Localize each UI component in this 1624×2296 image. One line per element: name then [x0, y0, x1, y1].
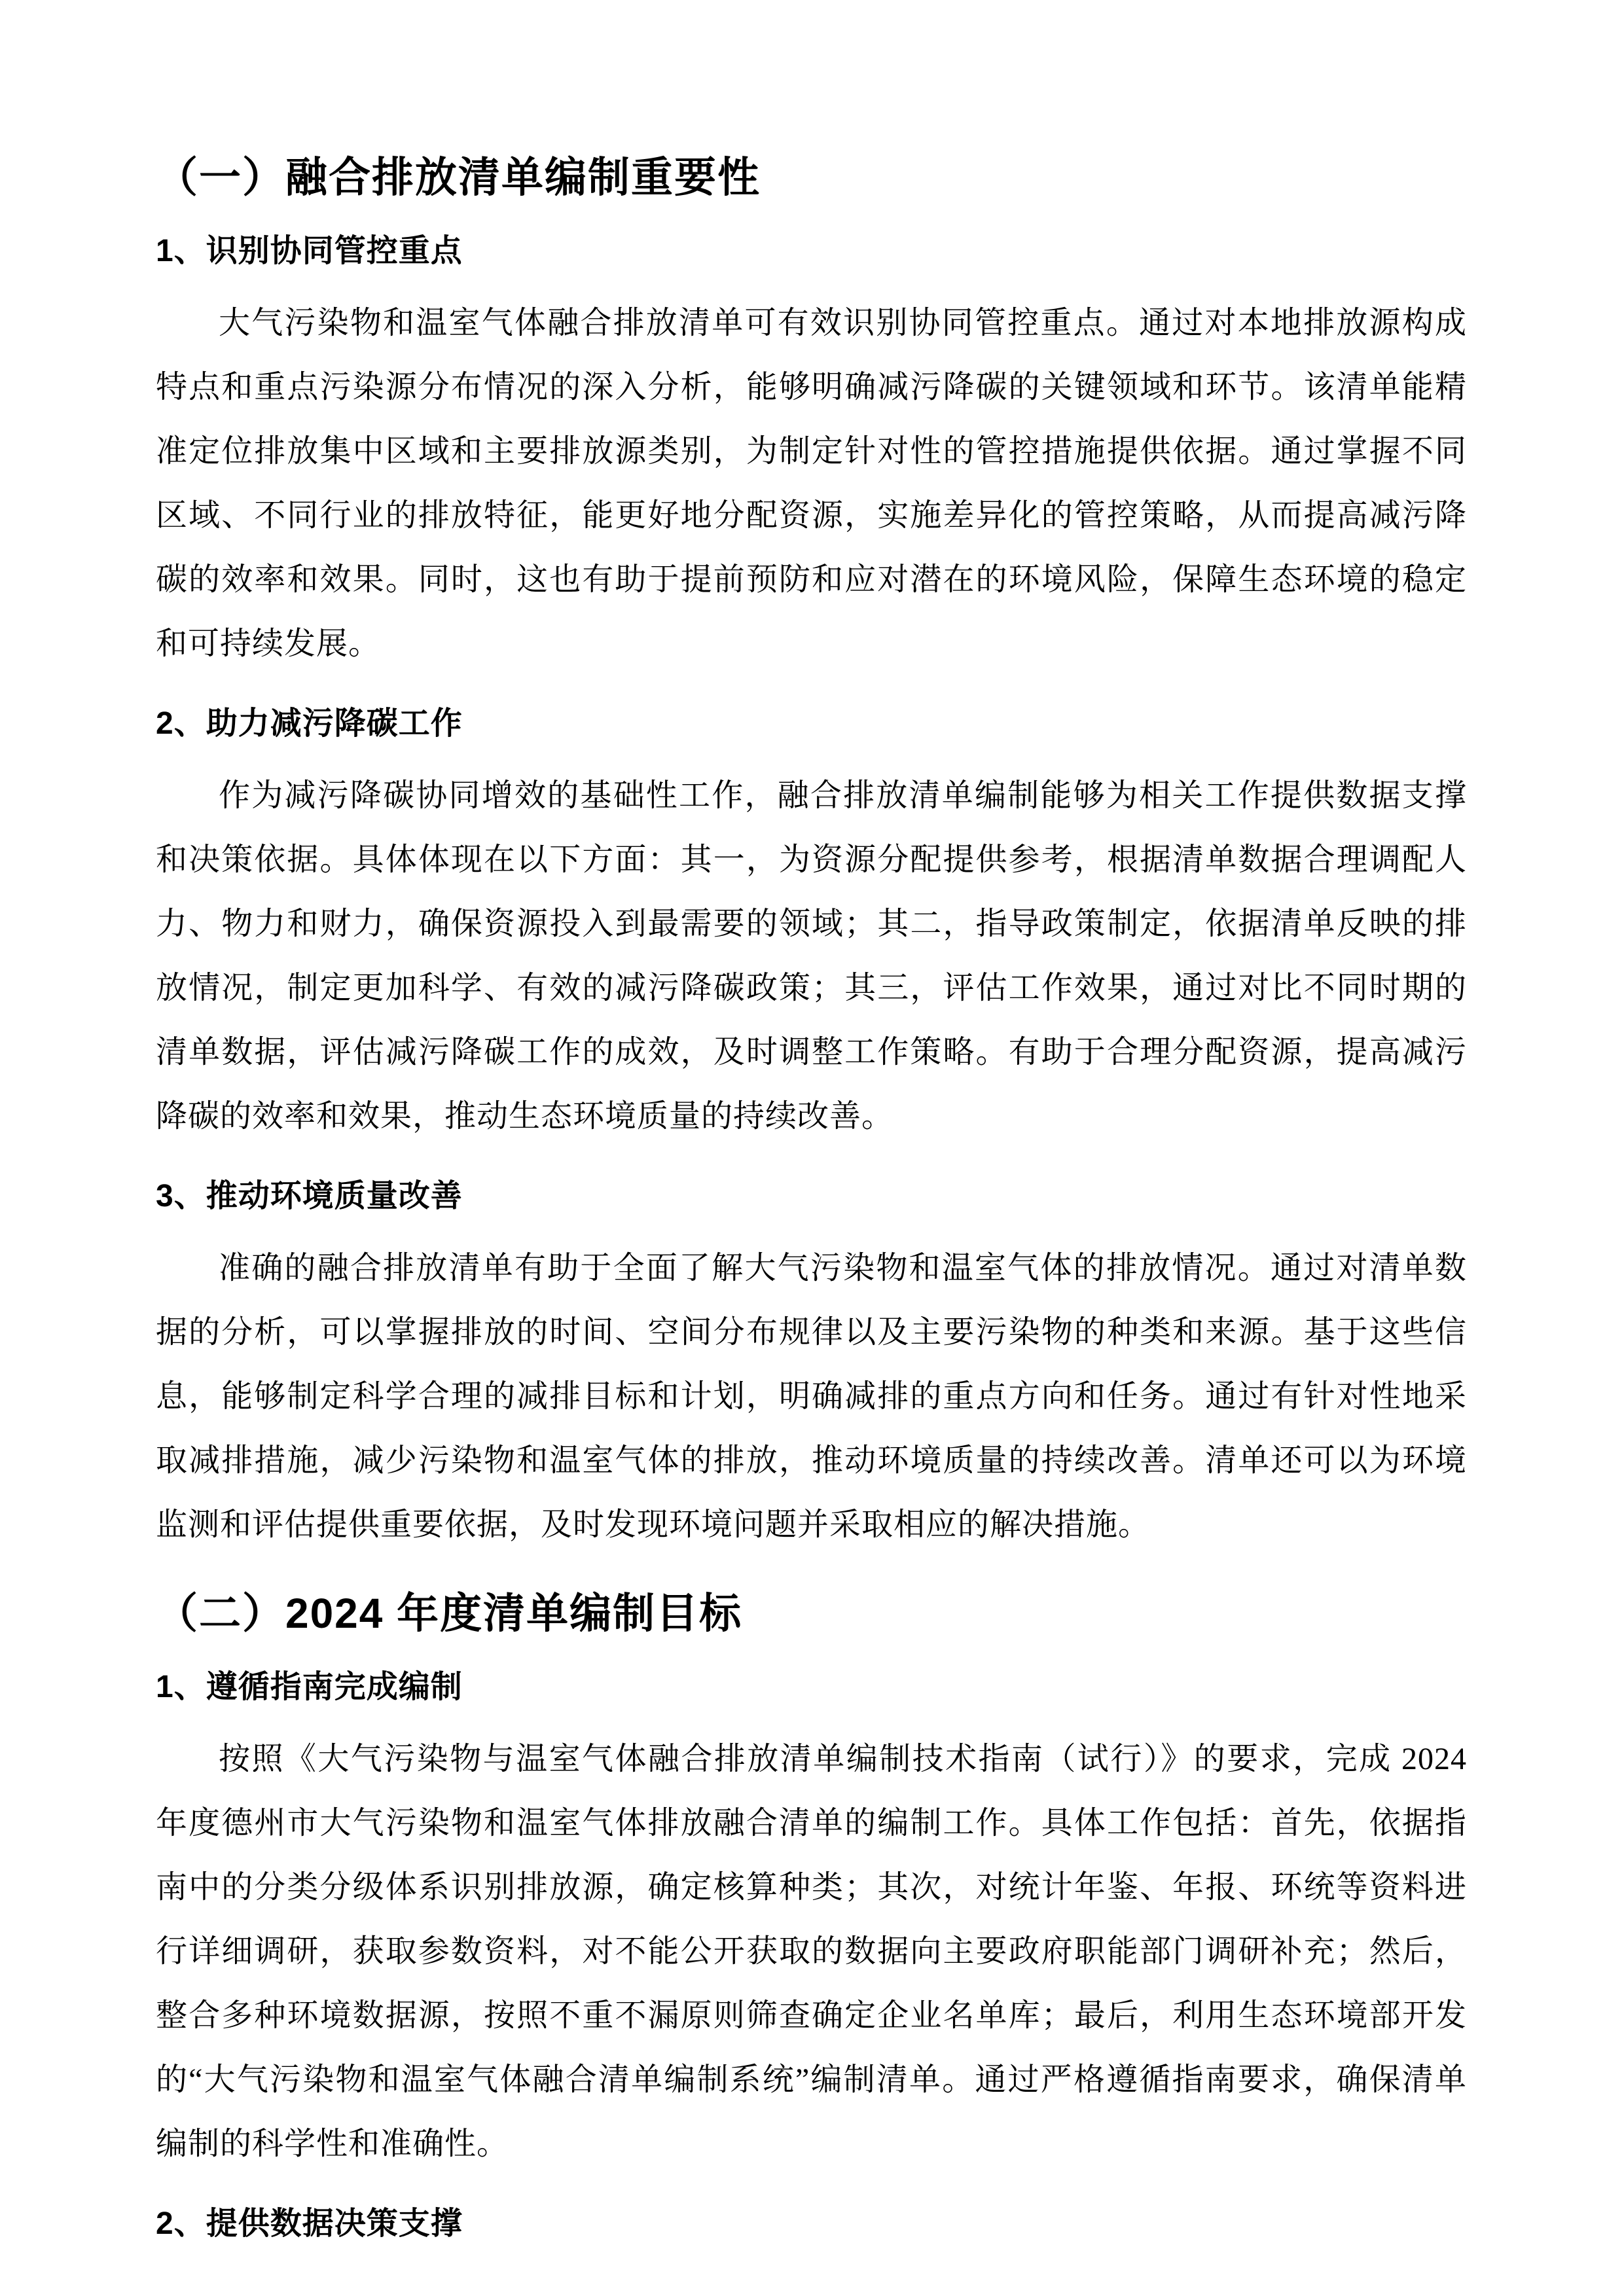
- section-2-item-1-title: 1、遵循指南完成编制: [156, 1667, 1467, 1708]
- section-2-heading: （二）2024 年度清单编制目标: [156, 1587, 1467, 1640]
- section-1-item-2-body: 作为减污降碳协同增效的基础性工作，融合排放清单编制能够为相关工作提供数据支撑和决…: [156, 764, 1467, 1149]
- section-1-item-3-body: 准确的融合排放清单有助于全面了解大气污染物和温室气体的排放情况。通过对清单数据的…: [156, 1236, 1467, 1557]
- section-1-item-3-title: 3、推动环境质量改善: [156, 1176, 1467, 1217]
- section-2-item-2-title: 2、提供数据决策支撑: [156, 2204, 1467, 2244]
- section-1-item-1-title: 1、识别协同管控重点: [156, 231, 1467, 272]
- section-1-item-1-body: 大气污染物和温室气体融合排放清单可有效识别协同管控重点。通过对本地排放源构成特点…: [156, 291, 1467, 676]
- document-canvas: { "page": { "background": "#ffffff", "te…: [0, 0, 1624, 2296]
- section-1-item-2-title: 2、助力减污降碳工作: [156, 704, 1467, 744]
- document-page: （一）融合排放清单编制重要性 1、识别协同管控重点 大气污染物和温室气体融合排放…: [0, 0, 1624, 2296]
- section-1-heading: （一）融合排放清单编制重要性: [156, 151, 1467, 204]
- section-2-item-1-body: 按照《大气污染物与温室气体融合排放清单编制技术指南（试行）》的要求，完成 202…: [156, 1727, 1467, 2176]
